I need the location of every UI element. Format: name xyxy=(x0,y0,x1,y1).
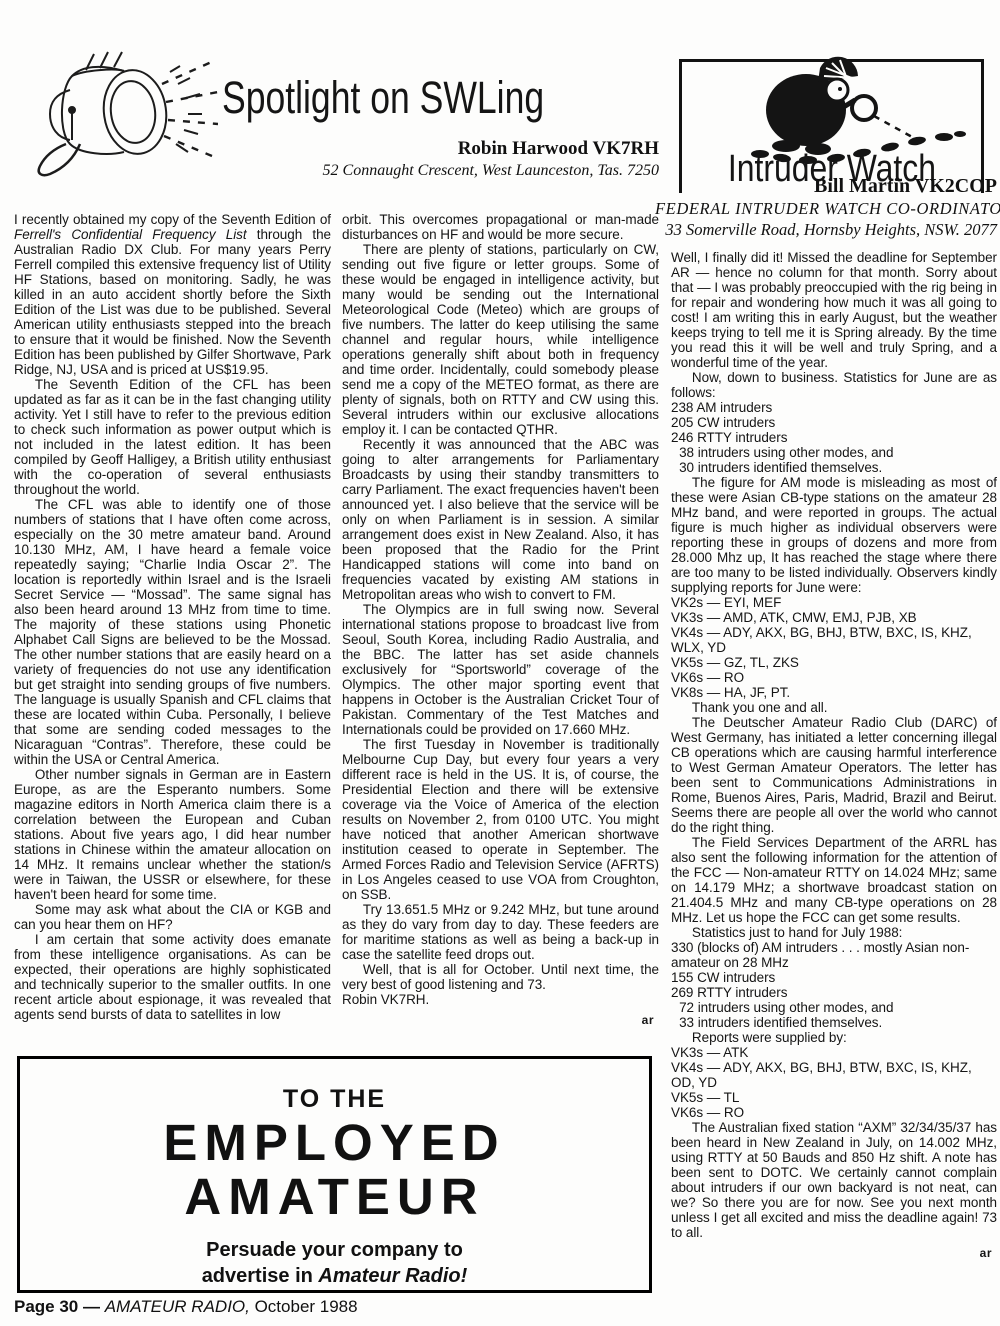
paragraph: VK2s — EYI, MEF xyxy=(671,595,997,610)
swl-column-title-text: Spotlight on SWLing xyxy=(222,72,544,124)
paragraph: VK3s — ATK xyxy=(671,1045,997,1060)
paragraph: There are plenty of stations, particular… xyxy=(342,242,659,437)
paragraph: The Olympics are in full swing now. Seve… xyxy=(342,602,659,737)
paragraph: orbit. This overcomes propagational or m… xyxy=(342,212,659,242)
paragraph: VK5s — GZ, TL, ZKS xyxy=(671,655,997,670)
paragraph: 30 intruders identified themselves. xyxy=(671,460,997,475)
paragraph: Statistics just to hand for July 1988: xyxy=(671,925,997,940)
paragraph: I recently obtained my copy of the Seven… xyxy=(14,212,331,377)
paragraph: The Australian fixed station “AXM” 32/34… xyxy=(671,1120,997,1240)
spotlight-icon xyxy=(20,40,218,188)
iw-coordinator-role: FEDERAL INTRUDER WATCH CO-ORDINATOR xyxy=(655,199,997,219)
paragraph: Recently it was announced that the ABC w… xyxy=(342,437,659,602)
swl-article-column-2: orbit. This overcomes propagational or m… xyxy=(342,212,659,1028)
paragraph: VK4s — ADY, AKX, BG, BHJ, BTW, BXC, IS, … xyxy=(671,625,997,655)
page-number: Page 30 — xyxy=(14,1297,105,1316)
paragraph: 72 intruders using other modes, and xyxy=(671,1000,997,1015)
paragraph: Robin VK7RH. xyxy=(342,992,659,1007)
paragraph: The figure for AM mode is misleading as … xyxy=(671,475,997,595)
issue-date: October 1988 xyxy=(250,1297,358,1316)
ad-tagline-magazine-name: Amateur Radio! xyxy=(318,1265,467,1287)
iw-author-address: 33 Somerville Road, Hornsby Heights, NSW… xyxy=(660,220,997,240)
paragraph: The Seventh Edition of the CFL has been … xyxy=(14,377,331,497)
paragraph: Well, I finally did it! Missed the deadl… xyxy=(671,250,997,370)
paragraph: 238 AM intruders xyxy=(671,400,997,415)
paragraph: 155 CW intruders xyxy=(671,970,997,985)
paragraph: VK8s — HA, JF, PT. xyxy=(671,685,997,700)
paragraph: The first Tuesday in November is traditi… xyxy=(342,737,659,902)
paragraph: The Deutscher Amateur Radio Club (DARC) … xyxy=(671,715,997,835)
swl-column-title: Spotlight on SWLing xyxy=(222,72,630,124)
paragraph: VK6s — RO xyxy=(671,1105,997,1120)
end-of-article-mark: ar xyxy=(342,1007,659,1028)
paragraph: The CFL was able to identify one of thos… xyxy=(14,497,331,767)
paragraph: 269 RTTY intruders xyxy=(671,985,997,1000)
paragraph: Thank you one and all. xyxy=(671,700,997,715)
iw-article-column: Well, I finally did it! Missed the deadl… xyxy=(671,250,997,1261)
paragraph: Some may ask what about the CIA or KGB a… xyxy=(14,902,331,932)
paragraph: Try 13.651.5 MHz or 9.242 MHz, but tune … xyxy=(342,902,659,962)
swl-author-address: 52 Connaught Crescent, West Launceston, … xyxy=(302,162,659,180)
paragraph: 330 (blocks of) AM intruders . . . mostl… xyxy=(671,940,997,970)
paragraph: VK6s — RO xyxy=(671,670,997,685)
iw-byline: Bill Martin VK2COP xyxy=(660,175,997,198)
swl-article-column-1: I recently obtained my copy of the Seven… xyxy=(14,212,331,1022)
paragraph: 246 RTTY intruders xyxy=(671,430,997,445)
paragraph: VK5s — TL xyxy=(671,1090,997,1105)
page-footer: Page 30 — AMATEUR RADIO, October 1988 xyxy=(14,1297,358,1317)
ad-tagline: Persuade your company to advertise in Am… xyxy=(20,1237,649,1289)
ad-tagline-line2-prefix: advertise in xyxy=(202,1265,319,1287)
end-of-article-mark: ar xyxy=(671,1240,997,1261)
ad-line-to-the: TO THE xyxy=(20,1085,649,1114)
paragraph: Other number signals in German are in Ea… xyxy=(14,767,331,902)
swl-byline: Robin Harwood VK7RH xyxy=(302,138,659,160)
paragraph: Now, down to business. Statistics for Ju… xyxy=(671,370,997,400)
ad-line-amateur: AMATEUR xyxy=(20,1170,649,1224)
paragraph: Reports were supplied by: xyxy=(671,1030,997,1045)
paragraph: 33 intruders identified themselves. xyxy=(671,1015,997,1030)
paragraph: VK3s — AMD, ATK, CMW, EMJ, PJB, XB xyxy=(671,610,997,625)
paragraph: The Field Services Department of the ARR… xyxy=(671,835,997,925)
paragraph: VK4s — ADY, AKX, BG, BHJ, BTW, BXC, IS, … xyxy=(671,1060,997,1090)
paragraph: I am certain that some activity does ema… xyxy=(14,932,331,1022)
house-ad-employed-amateur: TO THE EMPLOYED AMATEUR Persuade your co… xyxy=(17,1056,652,1293)
ad-tagline-line1: Persuade your company to xyxy=(206,1239,463,1261)
magazine-page: Spotlight on SWLing Robin Harwood VK7RH … xyxy=(0,0,1000,1326)
intruder-watch-logo-box: Intruder Watch xyxy=(679,59,984,193)
ad-line-employed: EMPLOYED xyxy=(20,1116,649,1170)
paragraph: 38 intruders using other modes, and xyxy=(671,445,997,460)
paragraph: Well, that is all for October. Until nex… xyxy=(342,962,659,992)
paragraph: 205 CW intruders xyxy=(671,415,997,430)
magazine-name: AMATEUR RADIO, xyxy=(105,1297,250,1316)
